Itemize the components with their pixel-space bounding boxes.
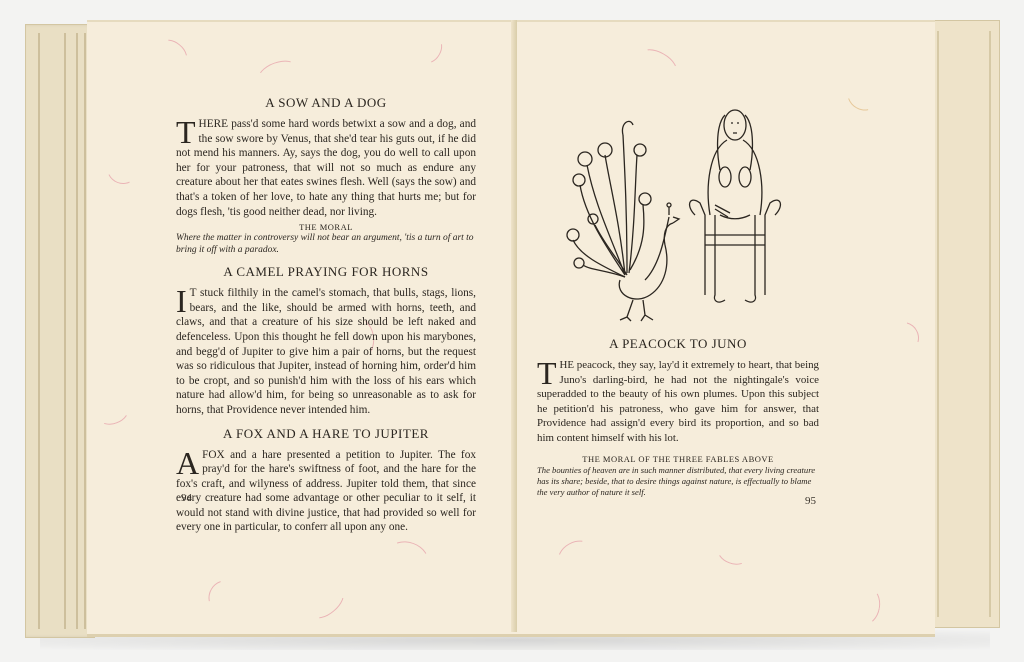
fable-title: A SOW AND A DOG	[176, 95, 476, 111]
right-page-text: A PEACOCK TO JUNO THE peacock, they say,…	[537, 336, 819, 506]
fable-title: A PEACOCK TO JUNO	[537, 336, 819, 352]
juno-figure-icon	[690, 110, 781, 302]
fable-title: A FOX AND A HARE TO JUPITER	[176, 426, 476, 442]
fable-body: THE peacock, they say, lay'd it extremel…	[537, 358, 819, 446]
open-book	[25, 20, 1000, 640]
moral-text: The bounties of heaven are in such manne…	[537, 465, 819, 498]
fable-body: THERE pass'd some hard words betwixt a s…	[176, 117, 476, 219]
drop-cap: T	[176, 119, 196, 145]
fable-title: A CAMEL PRAYING FOR HORNS	[176, 264, 476, 280]
moral-heading: THE MORAL	[176, 222, 476, 232]
fable-body: AFOX and a hare presented a petition to …	[176, 448, 476, 536]
drop-cap: I	[176, 288, 187, 314]
left-page-edges	[25, 24, 95, 638]
peacock-icon	[567, 121, 679, 321]
page-number: 95	[805, 495, 816, 507]
moral-text: Where the matter in controversy will not…	[176, 233, 476, 256]
left-page-text: A SOW AND A DOG THERE pass'd some hard w…	[176, 95, 476, 535]
right-page-edges	[926, 20, 1000, 628]
moral-heading: THE MORAL OF THE THREE FABLES ABOVE	[537, 454, 819, 464]
page-number: 94	[181, 492, 192, 504]
drop-cap: T	[537, 360, 557, 386]
fable-body: IT stuck filthily in the camel's stomach…	[176, 286, 476, 417]
peacock-juno-illustration	[565, 95, 795, 325]
drop-cap: A	[176, 450, 199, 476]
